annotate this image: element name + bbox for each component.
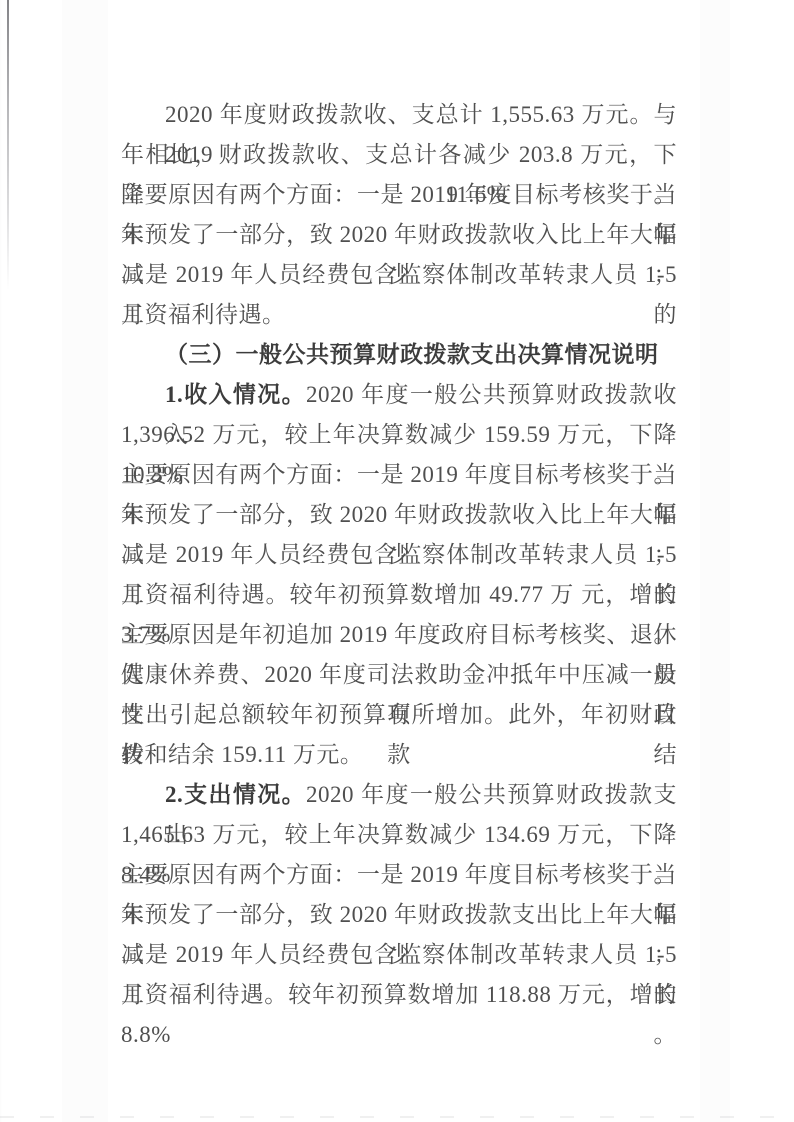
paragraph-line: 1,396.52 万元，较上年决算数减少 159.59 万元，下降 10.3%。 — [121, 415, 677, 455]
paragraph-line: 二是 2019 年人员经费包含监察体制改革转隶人员 1-5 月的 — [121, 255, 677, 295]
paragraph-line: 二是 2019 年人员经费包含监察体制改革转隶人员 1-5 月的 — [121, 535, 677, 575]
paragraph-line: 末预发了一部分，致 2020 年财政拨款支出比上年大幅减少； — [121, 895, 677, 935]
paragraph-line: 支出引起总额较年初预算有所增加。此外，年初财政拨款结 — [121, 695, 677, 735]
text-segment: 工资福利待遇。 — [121, 302, 286, 327]
paragraph-line: 二是 2019 年人员经费包含监察体制改革转隶人员 1-5 月的 — [121, 935, 677, 975]
bold-text-segment: （三）一般公共预算财政拨款支出决算情况说明 — [165, 342, 659, 367]
text-segment: 转和结余 159.11 万元。 — [121, 742, 363, 767]
document-text-block: 2020 年度财政拨款收、支总计 1,555.63 万元。与 2019年相比，财… — [121, 95, 677, 1015]
paragraph-line: 2020 年度财政拨款收、支总计 1,555.63 万元。与 2019 — [121, 95, 677, 135]
paragraph-line: 末预发了一部分，致 2020 年财政拨款收入比上年大幅减少； — [121, 215, 677, 255]
paragraph-line: 末预发了一部分，致 2020 年财政拨款收入比上年大幅减少； — [121, 495, 677, 535]
paragraph-line: 1,465.63 万元，较上年决算数减少 134.69 万元，下降 8.4%。 — [121, 815, 677, 855]
paragraph-line: 主要原因有两个方面：一是 2019 年度目标考核奖于当年年 — [121, 455, 677, 495]
paragraph-line: 健康休养费、2020 年度司法救助金冲抵年中压减一般性项目 — [121, 655, 677, 695]
bold-text-segment: 2.支出情况。 — [165, 782, 306, 807]
paragraph-line: 工资福利待遇。较年初预算数增加 49.77 万 元，增长 3.7%。 — [121, 575, 677, 615]
scan-stripe-artifact — [62, 0, 108, 1122]
paragraph-line: 主要原因有两个方面：一是 2019 年度目标考核奖于当年年 — [121, 855, 677, 895]
paragraph-end-full-line: 工资福利待遇。较年初预算数增加 118.88 万元，增长 8.8%。 — [121, 975, 677, 1015]
subsection-income-line: 1.收入情况。2020 年度一般公共预算财政拨款收入 — [121, 375, 677, 415]
bold-text-segment: 1.收入情况。 — [165, 382, 306, 407]
scan-stripe-artifact — [700, 0, 730, 1122]
scan-speckle-artifact — [0, 1116, 794, 1118]
paragraph-line: 主要原因有两个方面：一是 2019 年度目标考核奖于当年年 — [121, 175, 677, 215]
scanned-document-page: 2020 年度财政拨款收、支总计 1,555.63 万元。与 2019年相比，财… — [0, 0, 794, 1122]
subsection-expenditure-line: 2.支出情况。2020 年度一般公共预算财政拨款支出 — [121, 775, 677, 815]
scan-edge-artifact — [7, 0, 9, 290]
text-segment: 工资福利待遇。较年初预算数增加 118.88 万元，增长 8.8%。 — [121, 982, 677, 1047]
paragraph-line: 主要原因是年初追加 2019 年度政府目标考核奖、退休人员 — [121, 615, 677, 655]
paragraph-line: 年相比，财政拨款收、支总计各减少 203.8 万元，下降 11.6%。 — [121, 135, 677, 175]
section-heading-line: （三）一般公共预算财政拨款支出决算情况说明 — [121, 335, 677, 375]
